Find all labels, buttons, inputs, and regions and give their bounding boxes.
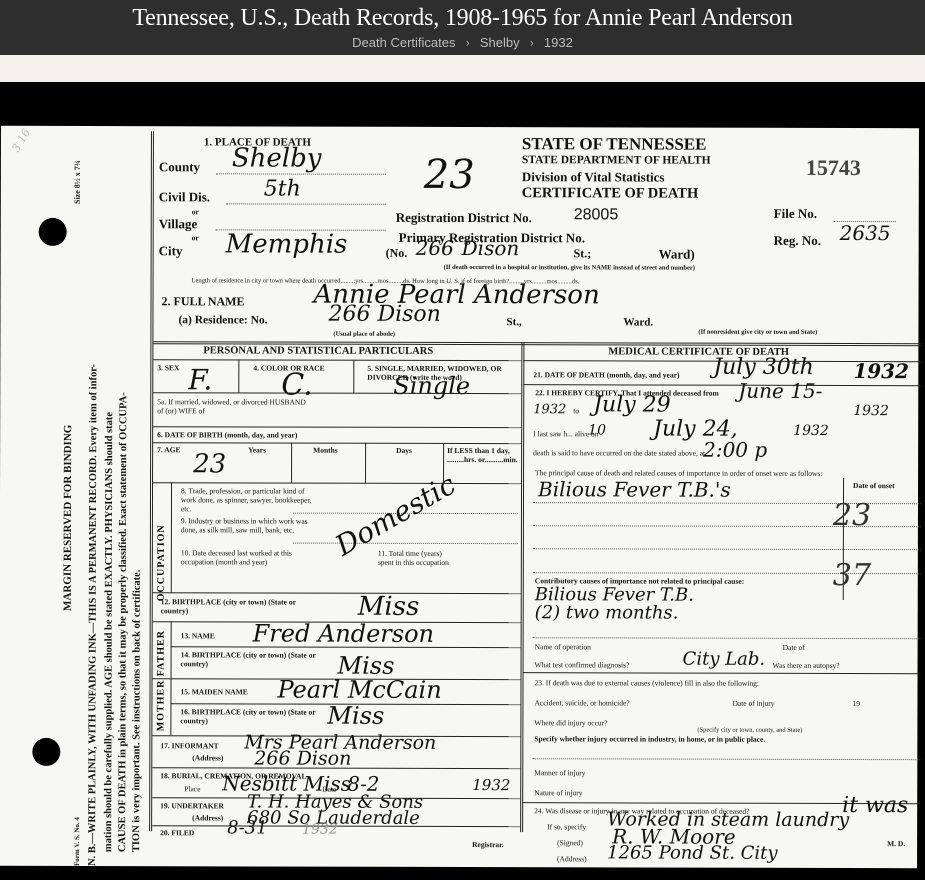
ward-label: Ward) xyxy=(659,247,695,263)
state-title: STATE OF TENNESSEE xyxy=(522,134,707,154)
civil-dis-value: 5th xyxy=(264,176,301,201)
department-title: STATE DEPARTMENT OF HEALTH xyxy=(522,154,711,166)
death-certificate-image: 3 16 Size 8½ x 7¾ MARGIN RESERVED FOR BI… xyxy=(0,126,919,868)
civil-dis-label: Civil Dis. xyxy=(159,189,210,205)
attended-to-value: July 29 xyxy=(593,392,671,417)
instruction-line-2: mation should be carefully supplied. AGE… xyxy=(103,412,115,852)
breadcrumb-1932[interactable]: 1932 xyxy=(544,35,573,50)
contributory-2-value: (2) two months. xyxy=(535,602,679,623)
death-year-value: 1932 xyxy=(853,359,909,383)
page-title: Tennessee, U.S., Death Records, 1908-196… xyxy=(0,0,925,33)
image-viewer[interactable]: 3 16 Size 8½ x 7¾ MARGIN RESERVED FOR BI… xyxy=(0,82,925,880)
mother-maiden-value: Pearl McCain xyxy=(277,676,441,704)
principal-cause-value: Bilious Fever T.B.'s xyxy=(538,477,731,502)
years-label: Years xyxy=(248,445,266,454)
binding-label: MARGIN RESERVED FOR BINDING xyxy=(62,425,74,611)
trade-label: 8. Trade, profession, or particular kind… xyxy=(181,486,321,513)
residence-label: (a) Residence: No. xyxy=(178,314,267,326)
usual-abode-note: (Usual place of abode) xyxy=(333,331,395,338)
specify-city-note: (Specify city or town, county, and State… xyxy=(697,727,802,734)
district-number: 23 xyxy=(424,152,475,198)
city-label: City xyxy=(159,243,183,259)
burial-year-value: 1932 xyxy=(472,776,510,794)
filed-year-value: 1932 xyxy=(302,822,338,838)
form-number: Form V. S. No. 4 xyxy=(73,817,81,866)
death-said-label: death is said to have occurred on the da… xyxy=(533,448,833,458)
residence-value: 266 Dison xyxy=(328,302,440,327)
street-no-label: (No. xyxy=(386,246,408,261)
operation-label: Name of operation xyxy=(535,642,591,651)
date-of-death-value: July 30th xyxy=(713,355,814,380)
pencil-note: 3 16 xyxy=(9,126,33,154)
accident-label: Accident, suicide, or homicide? xyxy=(534,698,629,707)
reg-district-value: 28005 xyxy=(574,206,619,224)
primary-reg-label: Primary Registration District No. xyxy=(399,230,585,246)
md-label: M. D. xyxy=(887,839,905,848)
autopsy-label: Was there an autopsy? xyxy=(773,661,840,670)
signed-label: (Signed) xyxy=(557,838,583,847)
onset-2-value: 37 xyxy=(833,558,871,593)
reg-district-label: Registration District No. xyxy=(396,210,532,226)
punch-hole-icon xyxy=(32,738,60,766)
informant-address-label: (Address) xyxy=(192,753,223,762)
village-label: Village xyxy=(159,216,198,232)
full-name-label: 2. FULL NAME xyxy=(161,294,244,309)
physician-address-value: 1265 Pond St. City xyxy=(607,842,778,863)
date-of-onset-label: Date of onset xyxy=(853,481,895,490)
occupation-side-label: OCCUPATION xyxy=(156,524,167,601)
if-so-label: If so, specify xyxy=(547,822,586,831)
informant-label: 17. INFORMANT xyxy=(160,741,218,750)
last-saw-marker: 10 xyxy=(588,422,606,438)
residence-st-label: St., xyxy=(506,316,521,328)
spouse-label: 5a. If married, widowed, or divorced HUS… xyxy=(157,397,307,415)
filed-date-value: 8-31 xyxy=(227,817,268,838)
birthplace-label: 12. BIRTHPLACE (city or town) (State or … xyxy=(161,597,301,615)
personal-section-title: PERSONAL AND STATISTICAL PARTICULARS xyxy=(203,345,433,357)
diagnosis-value: City Lab. xyxy=(683,649,766,670)
date-of-death-label: 21. DATE OF DEATH (month, day, and year) xyxy=(533,370,679,379)
record-header: Tennessee, U.S., Death Records, 1908-196… xyxy=(0,0,925,55)
father-name-value: Fred Anderson xyxy=(253,619,434,647)
less-than-label: If LESS than 1 day, .........hrs. or....… xyxy=(447,446,519,464)
breadcrumb-separator-icon: › xyxy=(465,35,469,50)
hospital-note: (If death occurred in a hospital or inst… xyxy=(444,264,695,272)
breadcrumb: Death Certificates›Shelby›1932 xyxy=(0,33,925,53)
time-of-death-value: 2:00 p xyxy=(703,438,767,462)
informant-address-value: 266 Dison xyxy=(254,747,351,769)
mother-maiden-label: 15. MAIDEN NAME xyxy=(180,687,247,696)
binding-margin: 3 16 Size 8½ x 7¾ MARGIN RESERVED FOR BI… xyxy=(0,126,151,866)
total-time-label: 11. Total time (years) spent in this occ… xyxy=(378,549,458,567)
registrar-label: Registrar. xyxy=(472,840,504,849)
operation-date-label: Date of xyxy=(783,643,805,652)
certificate-title: CERTIFICATE OF DEATH xyxy=(522,185,699,202)
reg-no-value: 2635 xyxy=(840,221,891,245)
attended-from-year: 1932 xyxy=(533,402,566,417)
city-value: Memphis xyxy=(226,229,348,259)
months-label: Months xyxy=(313,446,338,455)
father-name-label: 13. NAME xyxy=(181,631,215,640)
sex-label: 3. SEX xyxy=(157,363,179,372)
certificate-form: 1. PLACE OF DEATH County Shelby Civil Di… xyxy=(149,131,919,833)
marital-value: Single xyxy=(393,372,470,400)
undertaker-label: 19. UNDERTAKER xyxy=(160,801,224,810)
attended-to-year: 1932 xyxy=(853,403,889,419)
age-label: 7. AGE xyxy=(157,445,180,454)
burial-place-label: Place xyxy=(184,784,200,793)
instruction-line-3: CAUSE OF DEATH in plain terms, so that i… xyxy=(117,392,129,852)
father-birthplace-label: 14. BIRTHPLACE (city or town) (State or … xyxy=(181,650,321,668)
st-label: St.; xyxy=(574,246,592,261)
days-label: Days xyxy=(396,446,412,455)
where-injury-label: Where did injury occur? xyxy=(534,718,607,727)
birthplace-value: Miss xyxy=(358,592,420,622)
diagnosis-label: What test confirmed diagnosis? xyxy=(535,660,630,669)
mother-side-label: MOTHER xyxy=(155,680,166,732)
nature-label: Nature of injury xyxy=(534,788,582,797)
physician-address-label: (Address) xyxy=(557,854,587,863)
breadcrumb-shelby[interactable]: Shelby xyxy=(480,35,520,50)
occupation-related-value: it was xyxy=(842,793,908,818)
onset-1-value: 23 xyxy=(833,498,871,533)
attended-from-value: June 15- xyxy=(738,379,822,403)
residence-ward-label: Ward. xyxy=(623,316,653,328)
injury-date-label: Date of injury xyxy=(732,699,774,708)
breadcrumb-separator-icon: › xyxy=(530,35,534,50)
specify-place-label: Specify whether injury occurred in indus… xyxy=(534,734,765,744)
father-side-label: FATHER xyxy=(156,630,167,676)
county-label: County xyxy=(159,159,200,175)
external-causes-label: 23. If death was due to external causes … xyxy=(535,678,760,688)
industry-label: 9. Industry or business in which work wa… xyxy=(181,516,321,534)
manner-label: Manner of injury xyxy=(534,768,585,777)
size-note: Size 8½ x 7¾ xyxy=(73,160,82,204)
instruction-line-1: N. B.—WRITE PLAINLY, WITH UNFADING INK—T… xyxy=(87,364,99,866)
age-years-value: 23 xyxy=(193,449,226,479)
nonresident-note: (If nonresident give city or town and St… xyxy=(698,329,817,336)
stamp-number: 15743 xyxy=(806,155,861,181)
last-saw-year: 1932 xyxy=(793,423,829,439)
breadcrumb-death-certificates[interactable]: Death Certificates xyxy=(352,35,455,50)
or-label: or xyxy=(192,207,199,216)
division-title: Division of Vital Statistics xyxy=(522,169,665,185)
instruction-line-4: TION is very important. See instructions… xyxy=(131,570,143,853)
dob-label: 6. DATE OF BIRTH (month, day, and year) xyxy=(157,430,297,439)
undertaker-address-label: (Address) xyxy=(192,813,223,822)
file-no-label: File No. xyxy=(774,206,817,222)
or-label: or xyxy=(192,233,199,242)
county-value: Shelby xyxy=(232,143,322,173)
last-worked-label: 10. Date deceased last worked at this oc… xyxy=(181,548,316,566)
mother-birthplace-label: 16. BIRTHPLACE (city or town) (State or … xyxy=(180,707,320,725)
reg-no-label: Reg. No. xyxy=(774,233,821,249)
attended-to-label: to xyxy=(573,406,579,415)
injury-year-label: 19 xyxy=(852,699,860,708)
toolbar-strip xyxy=(0,55,925,82)
mother-birthplace-value: Miss xyxy=(327,702,384,730)
punch-hole-icon xyxy=(39,218,67,246)
filed-label: 20. FILED xyxy=(160,828,194,837)
